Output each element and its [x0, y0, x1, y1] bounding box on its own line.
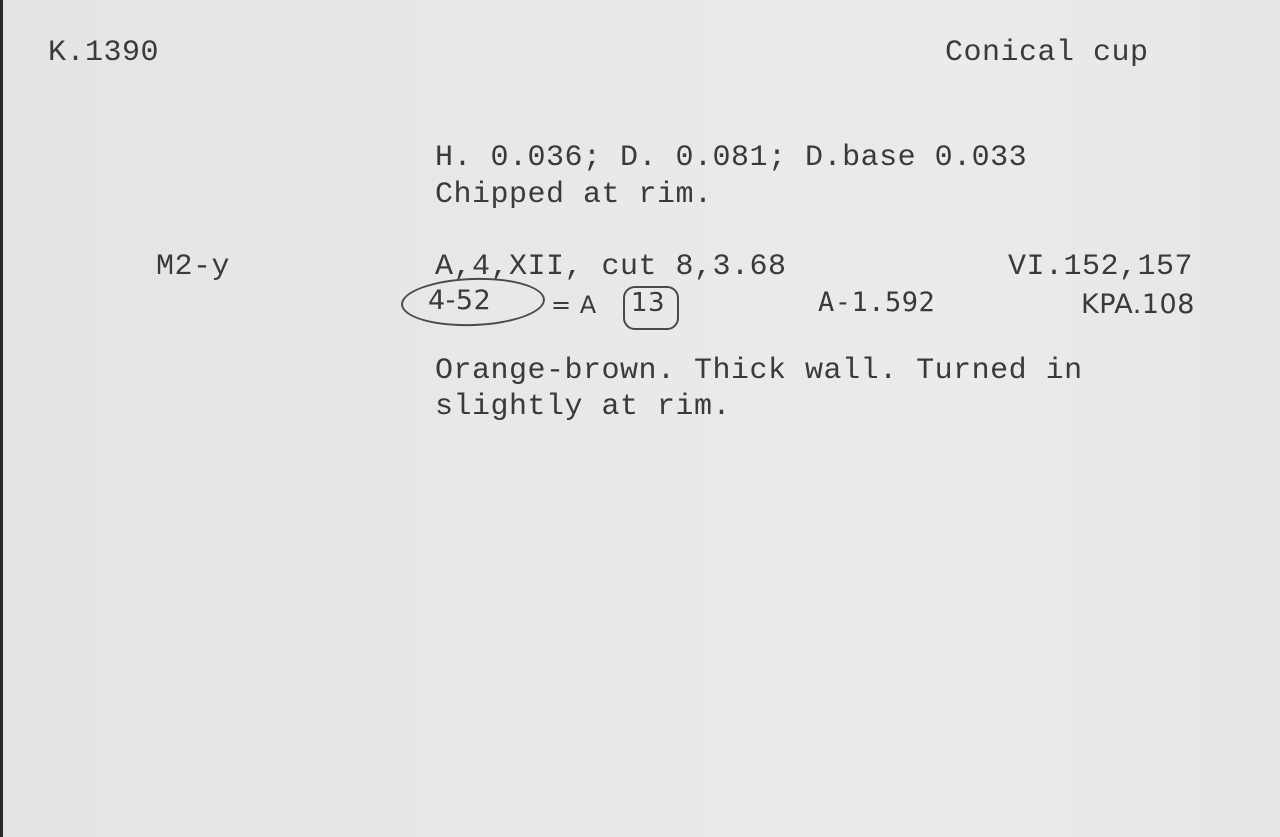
catalog-number: K.1390	[48, 36, 159, 70]
equals-label: = A	[551, 288, 597, 322]
volume-ref: VI.152,157	[1008, 250, 1193, 284]
object-type: Conical cup	[945, 36, 1149, 70]
handwritten-ref: 4-52	[428, 284, 491, 318]
context: A,4,XII, cut 8,3.68	[435, 250, 787, 284]
condition: Chipped at rim.	[435, 178, 713, 212]
handwritten-number: 13	[631, 286, 665, 320]
catalog-card: K.1390 Conical cup H. 0.036; D. 0.081; D…	[3, 0, 1280, 837]
description-line-2: slightly at rim.	[435, 390, 731, 424]
inventory-ref: A-1.592	[818, 286, 935, 320]
description-line-1: Orange-brown. Thick wall. Turned in	[435, 354, 1083, 388]
kpa-ref: KPA.108	[1081, 288, 1195, 322]
location-code: M2-y	[156, 250, 230, 284]
dimensions: H. 0.036; D. 0.081; D.base 0.033	[435, 141, 1027, 175]
